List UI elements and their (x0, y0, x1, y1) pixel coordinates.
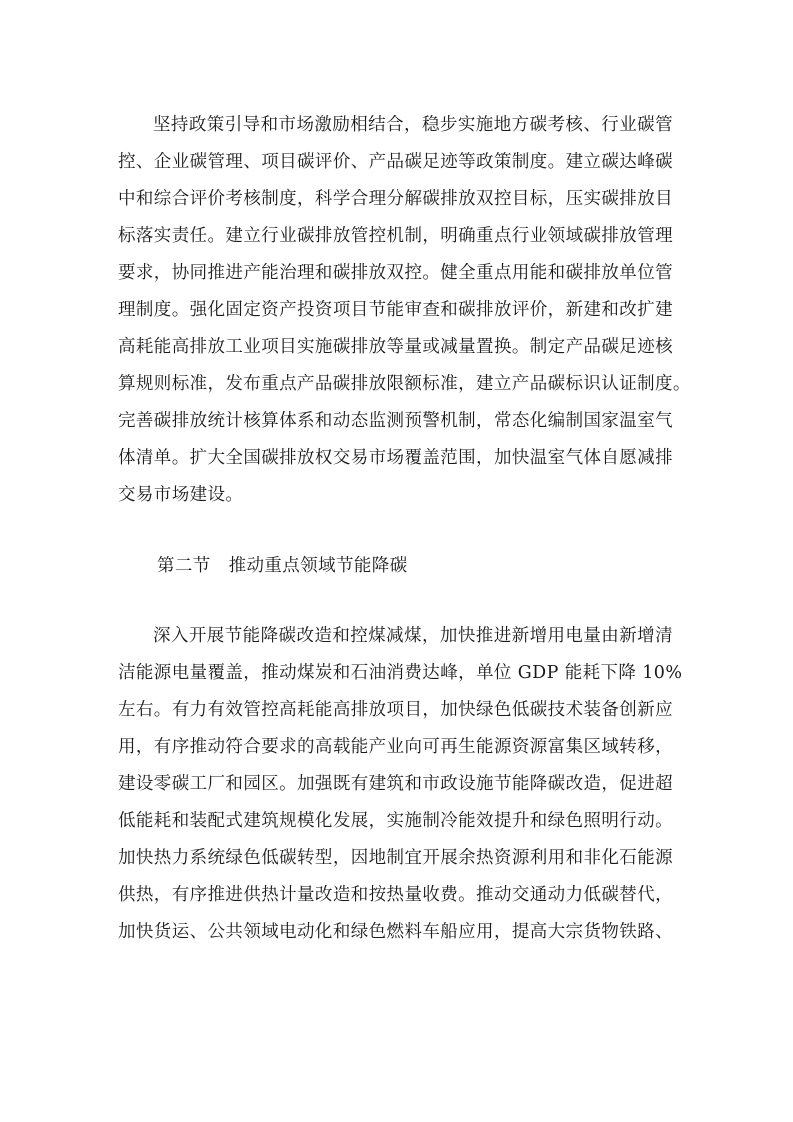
paragraph-line: 低能耗和装配式建筑规模化发展，实施制冷能效提升和绿色照明行动。 (118, 810, 673, 832)
paragraph-line: 高耗能高排放工业项目实施碳排放等量或减量置换。制定产品碳足迹核 (118, 336, 673, 358)
paragraph-line: 供热，有序推进供热计量改造和按热量收费。推动交通动力低碳替代， (118, 884, 673, 906)
paragraph-line: 深入开展节能降碳改造和控煤减煤，加快推进新增用电量由新增清 (153, 625, 673, 647)
paragraph-line: 控、企业碳管理、项目碳评价、产品碳足迹等政策制度。建立碳达峰碳 (118, 151, 673, 173)
paragraph-line: 加快热力系统绿色低碳转型，因地制宜开展余热资源利用和非化石能源 (118, 847, 673, 869)
paragraph-line: 标落实责任。建立行业碳排放管控机制，明确重点行业领域碳排放管理 (118, 225, 673, 247)
paragraph-line: 要求，协同推进产能治理和碳排放双控。健全重点用能和碳排放单位管 (118, 262, 673, 284)
document-page: 坚持政策引导和市场激励相结合，稳步实施地方碳考核、行业碳管 控、企业碳管理、项目… (0, 0, 793, 1122)
paragraph-line: 建设零碳工厂和园区。加强既有建筑和市政设施节能降碳改造，促进超 (118, 773, 673, 795)
paragraph-line: 算规则标准，发布重点产品碳排放限额标准，建立产品碳标识认证制度。 (118, 373, 673, 395)
paragraph-line: 左右。有力有效管控高耗能高排放项目，加快绿色低碳技术装备创新应 (118, 699, 673, 721)
paragraph-line: 完善碳排放统计核算体系和动态监测预警机制，常态化编制国家温室气 (118, 410, 673, 432)
paragraph-line: 中和综合评价考核制度，科学合理分解碳排放双控目标，压实碳排放目 (118, 188, 673, 210)
paragraph-line: 理制度。强化固定资产投资项目节能审查和碳排放评价，新建和改扩建 (118, 299, 673, 321)
section-heading: 第二节 推动重点领域节能降碳 (157, 555, 408, 577)
paragraph-line: 加快货运、公共领域电动化和绿色燃料车船应用，提高大宗货物铁路、 (118, 921, 673, 943)
paragraph-line: 交易市场建设。 (118, 484, 673, 506)
paragraph-line: 用，有序推动符合要求的高载能产业向可再生能源资源富集区域转移， (118, 736, 673, 758)
paragraph-line: 体清单。扩大全国碳排放权交易市场覆盖范围，加快温室气体自愿减排 (118, 447, 673, 469)
paragraph-line: 坚持政策引导和市场激励相结合，稳步实施地方碳考核、行业碳管 (153, 114, 673, 136)
paragraph-line: 洁能源电量覆盖，推动煤炭和石油消费达峰，单位 GDP 能耗下降 10% (118, 662, 673, 684)
